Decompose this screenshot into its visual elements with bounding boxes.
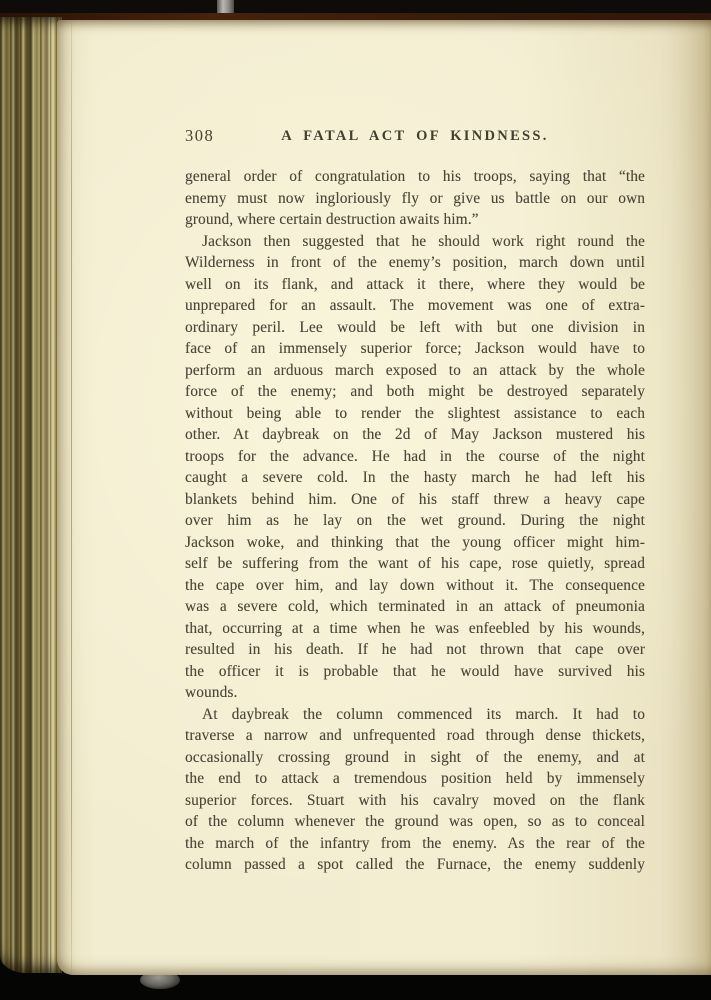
text-line: of the column whenever the ground was op… xyxy=(185,811,645,833)
text-line: face of an immensely superior force; Jac… xyxy=(185,338,645,360)
text-line: troops for the advance. He had in the co… xyxy=(185,446,645,468)
text-line: ground, where certain destruction awaits… xyxy=(185,209,645,231)
text-line: force of the enemy; and both might be de… xyxy=(185,381,645,403)
text-line: traverse a narrow and unfrequented road … xyxy=(185,725,645,747)
text-line: At daybreak the column commenced its mar… xyxy=(185,704,645,726)
text-line: perform an arduous march exposed to an a… xyxy=(185,360,645,382)
running-head: 308 A FATAL ACT OF KINDNESS. xyxy=(185,126,645,148)
page-crease-line xyxy=(71,22,72,973)
text-line: Jackson then suggested that he should wo… xyxy=(185,231,645,253)
text-line: Jackson woke, and thinking that the youn… xyxy=(185,532,645,554)
text-line: self be suffering from the want of his c… xyxy=(185,553,645,575)
paragraph: general order of congratulation to his t… xyxy=(185,166,645,231)
text-line: was a severe cold, which terminated in a… xyxy=(185,596,645,618)
paragraph: At daybreak the column commenced its mar… xyxy=(185,704,645,876)
running-title: A FATAL ACT OF KINDNESS. xyxy=(185,128,645,145)
body-text: general order of congratulation to his t… xyxy=(185,166,645,876)
text-line: without being able to render the slighte… xyxy=(185,403,645,425)
book-photo: 308 A FATAL ACT OF KINDNESS. general ord… xyxy=(0,0,711,1000)
text-line: resulted in his death. If he had not thr… xyxy=(185,639,645,661)
text-line: over him as he lay on the wet ground. Du… xyxy=(185,510,645,532)
book-page: 308 A FATAL ACT OF KINDNESS. general ord… xyxy=(57,20,711,975)
paragraph: Jackson then suggested that he should wo… xyxy=(185,231,645,704)
text-line: blankets behind him. One of his staff th… xyxy=(185,489,645,511)
text-line: column passed a spot called the Furnace,… xyxy=(185,854,645,876)
text-line: general order of congratulation to his t… xyxy=(185,166,645,188)
text-line: occasionally crossing ground in sight of… xyxy=(185,747,645,769)
text-line: other. At daybreak on the 2d of May Jack… xyxy=(185,424,645,446)
text-line: the cape over him, and lay down without … xyxy=(185,575,645,597)
text-line: Wilderness in front of the enemy’s posit… xyxy=(185,252,645,274)
text-line: the officer it is probable that he would… xyxy=(185,661,645,683)
stacked-page-edges xyxy=(0,17,62,973)
text-line: ordinary peril. Lee would be left with b… xyxy=(185,317,645,339)
text-line: that, occurring at a time when he was en… xyxy=(185,618,645,640)
text-line: caught a severe cold. In the hasty march… xyxy=(185,467,645,489)
text-line: wounds. xyxy=(185,682,645,704)
text-line: enemy must now ingloriously fly or give … xyxy=(185,188,645,210)
text-line: well on its flank, and attack it there, … xyxy=(185,274,645,296)
page-content: 308 A FATAL ACT OF KINDNESS. general ord… xyxy=(185,20,645,975)
text-line: superior forces. Stuart with his cavalry… xyxy=(185,790,645,812)
text-line: the end to attack a tremendous position … xyxy=(185,768,645,790)
text-line: unprepared for an assault. The movement … xyxy=(185,295,645,317)
text-line: the march of the infantry from the enemy… xyxy=(185,833,645,855)
